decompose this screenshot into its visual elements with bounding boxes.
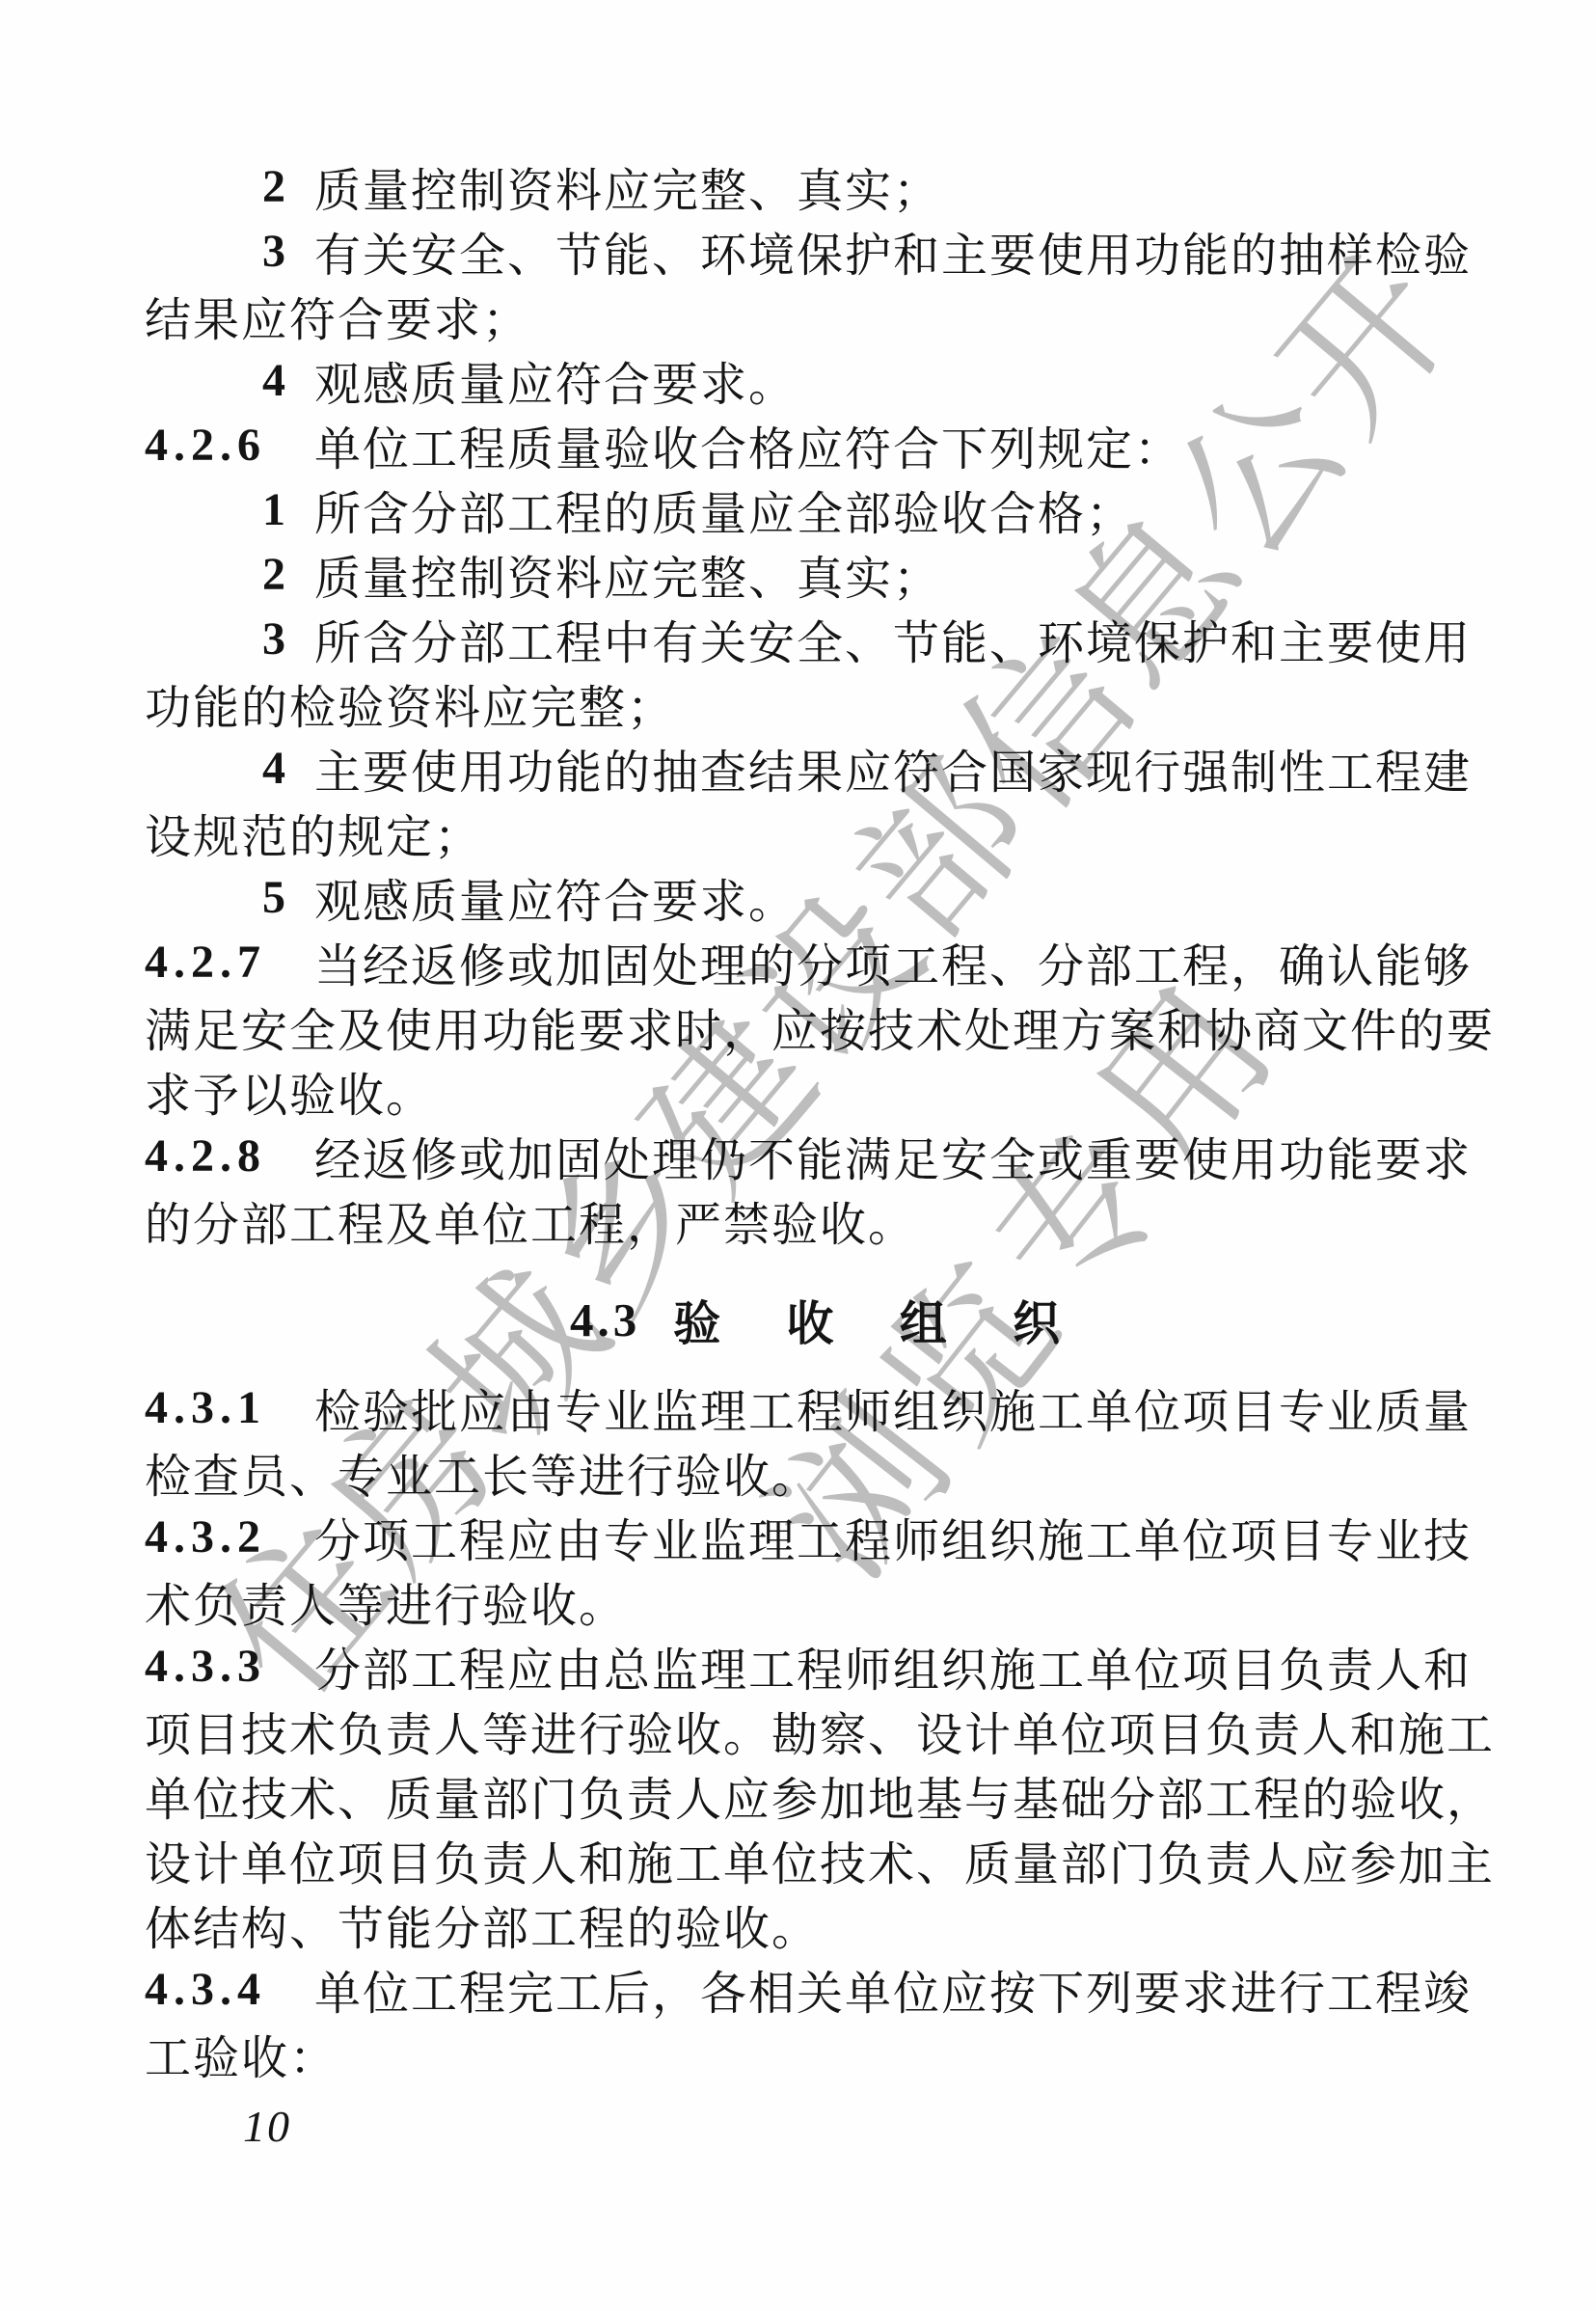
text-line: 4.2.8经返修或加固处理仍不能满足安全或重要使用功能要求 [145,1124,1485,1188]
line-text: 质量控制资料应完整、真实； [314,541,941,608]
line-text: 设规范的规定； [145,800,482,866]
line-text: 主要使用功能的抽查结果应符合国家现行强制性工程建 [314,735,1472,802]
clause-number: 4.2.7 [145,936,314,989]
text-line: 4.2.7当经返修或加固处理的分项工程、分部工程，确认能够 [145,930,1485,994]
line-text: 工验收： [145,2021,338,2087]
line-text: 分项工程应由专业监理工程师组织施工单位项目专业技 [314,1504,1472,1570]
section-heading: 4.3 验 收 组 织 [145,1288,1485,1352]
text-line: 4观感质量应符合要求。 [145,348,1485,413]
line-text: 经返修或加固处理仍不能满足安全或重要使用功能要求 [314,1123,1472,1189]
clause-number: 4.2.6 [145,419,314,472]
line-text: 质量控制资料应完整、真实； [314,153,941,220]
line-text: 观感质量应符合要求。 [314,347,797,414]
text-line: 满足安全及使用功能要求时，应按技术处理方案和协商文件的要 [145,994,1485,1059]
section-heading-title: 验 收 组 织 [673,1287,1087,1354]
line-text: 单位技术、质量部门负责人应参加地基与基础分部工程的验收， [145,1762,1495,1829]
clause-number: 4.3.4 [145,1963,314,2016]
text-line: 4.3.2分项工程应由专业监理工程师组织施工单位项目专业技 [145,1505,1485,1569]
item-number: 4 [262,742,314,795]
item-number: 5 [262,871,314,924]
clause-lines-before-heading: 2质量控制资料应完整、真实；3有关安全、节能、环境保护和主要使用功能的抽样检验结… [145,154,1485,1253]
line-text: 单位工程质量验收合格应符合下列规定： [314,412,1182,478]
text-line: 4.2.6单位工程质量验收合格应符合下列规定： [145,413,1485,477]
line-text: 功能的检验资料应完整； [145,670,675,737]
item-number: 2 [262,160,314,213]
text-line: 单位技术、质量部门负责人应参加地基与基础分部工程的验收， [145,1763,1485,1828]
line-text: 分部工程应由总监理工程师组织施工单位项目负责人和 [314,1633,1472,1699]
text-line: 2质量控制资料应完整、真实； [145,154,1485,219]
document-body: 2质量控制资料应完整、真实；3有关安全、节能、环境保护和主要使用功能的抽样检验结… [145,154,1485,2086]
line-text: 当经返修或加固处理的分项工程、分部工程，确认能够 [314,929,1472,995]
clause-lines-after-heading: 4.3.1检验批应由专业监理工程师组织施工单位项目专业质量检查员、专业工长等进行… [145,1375,1485,2086]
line-text: 结果应符合要求； [145,283,530,349]
line-text: 项目技术负责人等进行验收。勘察、设计单位项目负责人和施工 [145,1698,1495,1764]
line-text: 单位工程完工后，各相关单位应按下列要求进行工程竣 [314,1956,1472,2023]
line-text: 术负责人等进行验收。 [145,1568,627,1635]
text-line: 4.3.1检验批应由专业监理工程师组织施工单位项目专业质量 [145,1375,1485,1440]
text-line: 工验收： [145,2022,1485,2086]
text-line: 体结构、节能分部工程的验收。 [145,1892,1485,1957]
line-text: 设计单位项目负责人和施工单位技术、质量部门负责人应参加主 [145,1827,1495,1893]
text-line: 设规范的规定； [145,801,1485,865]
line-text: 观感质量应符合要求。 [314,864,797,931]
item-number: 1 [262,483,314,536]
page-number: 10 [243,2101,291,2152]
text-line: 1所含分部工程的质量应全部验收合格； [145,477,1485,542]
text-line: 术负责人等进行验收。 [145,1569,1485,1634]
line-text: 所含分部工程中有关安全、节能、环境保护和主要使用 [314,606,1472,672]
text-line: 2质量控制资料应完整、真实； [145,542,1485,607]
text-line: 功能的检验资料应完整； [145,671,1485,736]
line-text: 所含分部工程的质量应全部验收合格； [314,476,1134,543]
item-number: 3 [262,225,314,278]
clause-number: 4.2.8 [145,1129,314,1183]
text-line: 5观感质量应符合要求。 [145,865,1485,930]
line-text: 求予以验收。 [145,1058,434,1125]
clause-number: 4.3.3 [145,1640,314,1693]
item-number: 4 [262,354,314,407]
text-line: 3所含分部工程中有关安全、节能、环境保护和主要使用 [145,607,1485,671]
line-text: 的分部工程及单位工程，严禁验收。 [145,1187,916,1254]
text-line: 的分部工程及单位工程，严禁验收。 [145,1188,1485,1253]
text-line: 4.3.3分部工程应由总监理工程师组织施工单位项目负责人和 [145,1634,1485,1699]
clause-number: 4.3.1 [145,1381,314,1434]
text-line: 3有关安全、节能、环境保护和主要使用功能的抽样检验 [145,219,1485,284]
text-line: 4.3.4单位工程完工后，各相关单位应按下列要求进行工程竣 [145,1957,1485,2022]
section-heading-number: 4.3 [570,1292,640,1347]
text-line: 设计单位项目负责人和施工单位技术、质量部门负责人应参加主 [145,1828,1485,1892]
clause-number: 4.3.2 [145,1510,314,1563]
line-text: 有关安全、节能、环境保护和主要使用功能的抽样检验 [314,218,1472,285]
line-text: 检验批应由专业监理工程师组织施工单位项目专业质量 [314,1374,1472,1441]
text-line: 4主要使用功能的抽查结果应符合国家现行强制性工程建 [145,736,1485,801]
item-number: 3 [262,612,314,666]
text-line: 检查员、专业工长等进行验收。 [145,1440,1485,1505]
line-text: 检查员、专业工长等进行验收。 [145,1439,820,1506]
text-line: 求予以验收。 [145,1059,1485,1124]
text-line: 项目技术负责人等进行验收。勘察、设计单位项目负责人和施工 [145,1699,1485,1763]
line-text: 满足安全及使用功能要求时，应按技术处理方案和协商文件的要 [145,993,1495,1060]
line-text: 体结构、节能分部工程的验收。 [145,1891,820,1958]
document-page: 住房城乡建设部信息公开 浏览专用 2质量控制资料应完整、真实；3有关安全、节能、… [0,0,1596,2311]
item-number: 2 [262,548,314,601]
text-line: 结果应符合要求； [145,284,1485,348]
